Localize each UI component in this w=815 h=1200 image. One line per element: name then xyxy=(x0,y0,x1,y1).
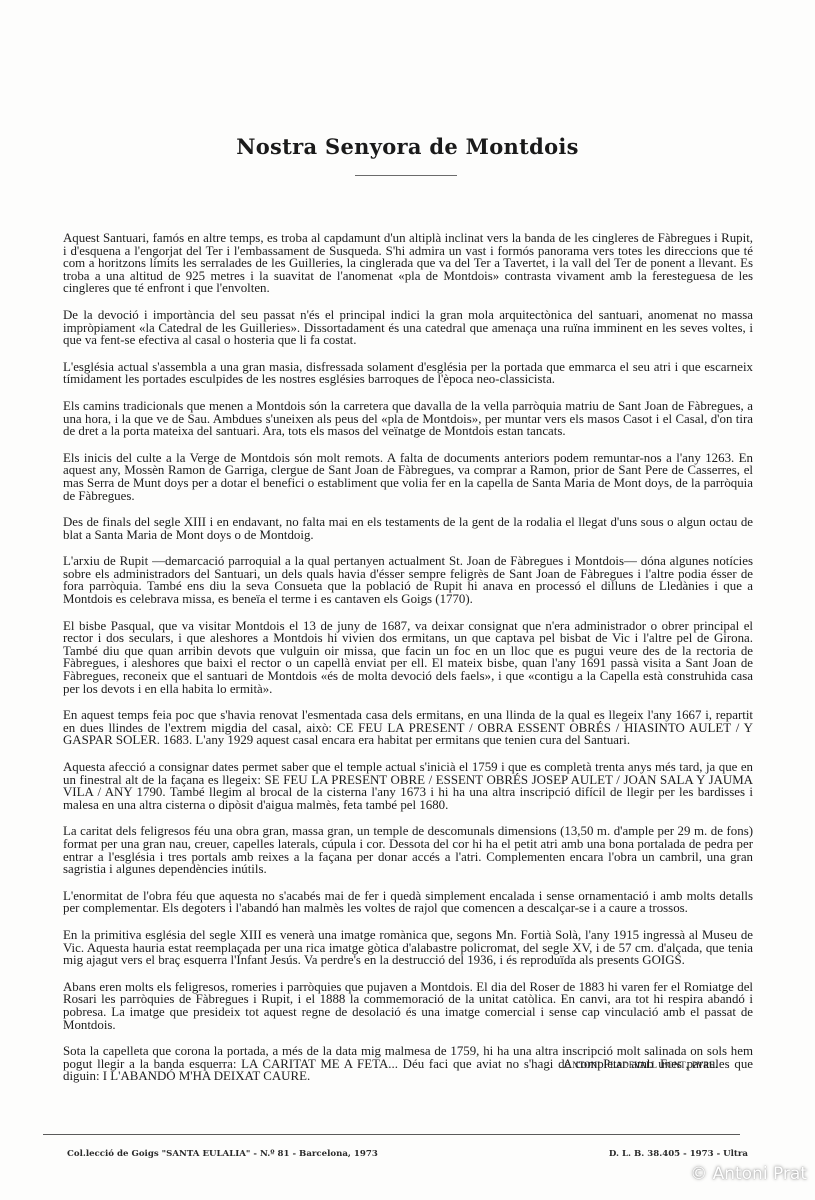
paragraph: El bisbe Pasqual, que va visitar Montdoi… xyxy=(63,620,753,696)
title-divider xyxy=(355,175,457,176)
paragraph: Aquest Santuari, famós en altre temps, e… xyxy=(63,232,753,295)
author-signature: Antoni Pladevall Font, pvre. xyxy=(563,1057,718,1072)
paragraph: En la primitiva església del segle XIII … xyxy=(63,929,753,967)
paragraph: Els camins tradicionals que menen a Mont… xyxy=(63,400,753,438)
document-page: Nostra Senyora de Montdois Aquest Santua… xyxy=(0,0,815,1200)
paragraph: De la devoció i importància del seu pass… xyxy=(63,309,753,347)
footer-divider xyxy=(43,1134,740,1135)
collection-credit: Col.lecció de Goigs "SANTA EULALIA" - N.… xyxy=(67,1149,378,1159)
page-title: Nostra Senyora de Montdois xyxy=(0,134,815,159)
paragraph: L'arxiu de Rupit —demarcació parroquial … xyxy=(63,555,753,605)
paragraph: Abans eren molts els feligresos, romerie… xyxy=(63,981,753,1031)
paragraph: L'enormitat de l'obra féu que aquesta no… xyxy=(63,890,753,915)
legal-deposit: D. L. B. 38.405 - 1973 - Ultra xyxy=(609,1149,748,1159)
copyright-watermark: © Antoni Prat xyxy=(690,1164,807,1184)
paragraph: Aquesta afecció a consignar dates permet… xyxy=(63,761,753,811)
paragraph: L'església actual s'assembla a una gran … xyxy=(63,361,753,386)
paragraph: Els inicis del culte a la Verge de Montd… xyxy=(63,452,753,502)
article-body: Aquest Santuari, famós en altre temps, e… xyxy=(63,232,753,1097)
paragraph: Des de finals del segle XIII i en endava… xyxy=(63,516,753,541)
paragraph: En aquest temps feia poc que s'havia ren… xyxy=(63,709,753,747)
paragraph: La caritat dels feligresos féu una obra … xyxy=(63,825,753,875)
